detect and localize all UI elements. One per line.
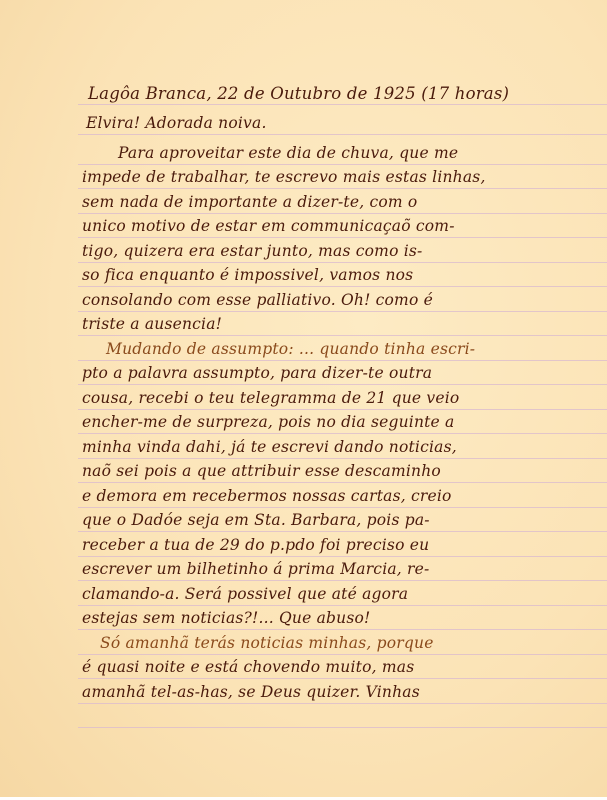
letter-line: sem nada de importante a dizer-te, com o: [82, 193, 597, 211]
letter-line: minha vinda dahi, já te escrevi dando no…: [82, 438, 597, 456]
ruled-line: [78, 164, 607, 165]
ruled-line: [78, 311, 607, 312]
letter-line: Para aproveitar este dia de chuva, que m…: [118, 144, 597, 162]
ruled-line: [78, 213, 607, 214]
letter-line: Só amanhã terás noticias minhas, porque: [100, 634, 597, 652]
letter-line: unico motivo de estar em communicaçaõ co…: [82, 217, 597, 235]
letter-salutation: Elvira! Adorada noiva.: [86, 114, 597, 132]
letter-line: encher-me de surpreza, pois no dia segui…: [82, 413, 597, 431]
letter-line: receber a tua de 29 do p.pdo foi preciso…: [82, 536, 597, 554]
letter-line: estejas sem noticias?!... Que abuso!: [82, 609, 597, 627]
letter-line: que o Dadóe seja em Sta. Barbara, pois p…: [82, 511, 597, 529]
ruled-line: [78, 580, 607, 581]
ruled-line: [78, 556, 607, 557]
ruled-line: [78, 629, 607, 630]
letter-line: é quasi noite e está chovendo muito, mas: [82, 658, 597, 676]
letter-line: clamando-a. Será possivel que até agora: [82, 585, 597, 603]
ruled-line: [78, 482, 607, 483]
ruled-line: [78, 262, 607, 263]
ruled-line: [78, 458, 607, 459]
ruled-line: [78, 409, 607, 410]
ruled-line: [78, 531, 607, 532]
letter-line: naõ sei pois a que attribuir esse descam…: [82, 462, 597, 480]
ruled-line: [78, 104, 607, 105]
letter-line: tigo, quizera era estar junto, mas como …: [82, 242, 597, 260]
letter-line: triste a ausencia!: [82, 315, 597, 333]
ruled-line: [78, 605, 607, 606]
letter-line: Mudando de assumpto: ... quando tinha es…: [106, 340, 597, 358]
letter-line: so fica enquanto é impossivel, vamos nos: [82, 266, 597, 284]
ruled-line: [78, 286, 607, 287]
letter-line: amanhã tel-as-has, se Deus quizer. Vinha…: [82, 683, 597, 701]
letter-line: escrever um bilhetinho á prima Marcia, r…: [82, 560, 597, 578]
ruled-line: [78, 335, 607, 336]
ruled-line: [78, 237, 607, 238]
ruled-line: [78, 360, 607, 361]
ruled-line: [78, 654, 607, 655]
letter-line: cousa, recebi o teu telegramma de 21 que…: [82, 389, 597, 407]
letter-line: e demora em recebermos nossas cartas, cr…: [82, 487, 597, 505]
letter-page: Lagôa Branca, 22 de Outubro de 1925 (17 …: [0, 0, 607, 797]
letter-line: consolando com esse palliativo. Oh! como…: [82, 291, 597, 309]
letter-dateline: Lagôa Branca, 22 de Outubro de 1925 (17 …: [88, 84, 597, 103]
ruled-line: [78, 188, 607, 189]
letter-line: pto a palavra assumpto, para dizer-te ou…: [82, 364, 597, 382]
ruled-line: [78, 703, 607, 704]
ruled-line: [78, 507, 607, 508]
ruled-line: [78, 727, 607, 728]
ruled-line: [78, 678, 607, 679]
letter-line: impede de trabalhar, te escrevo mais est…: [82, 168, 597, 186]
ruled-line: [78, 384, 607, 385]
ruled-line: [78, 433, 607, 434]
ruled-line: [78, 134, 607, 135]
